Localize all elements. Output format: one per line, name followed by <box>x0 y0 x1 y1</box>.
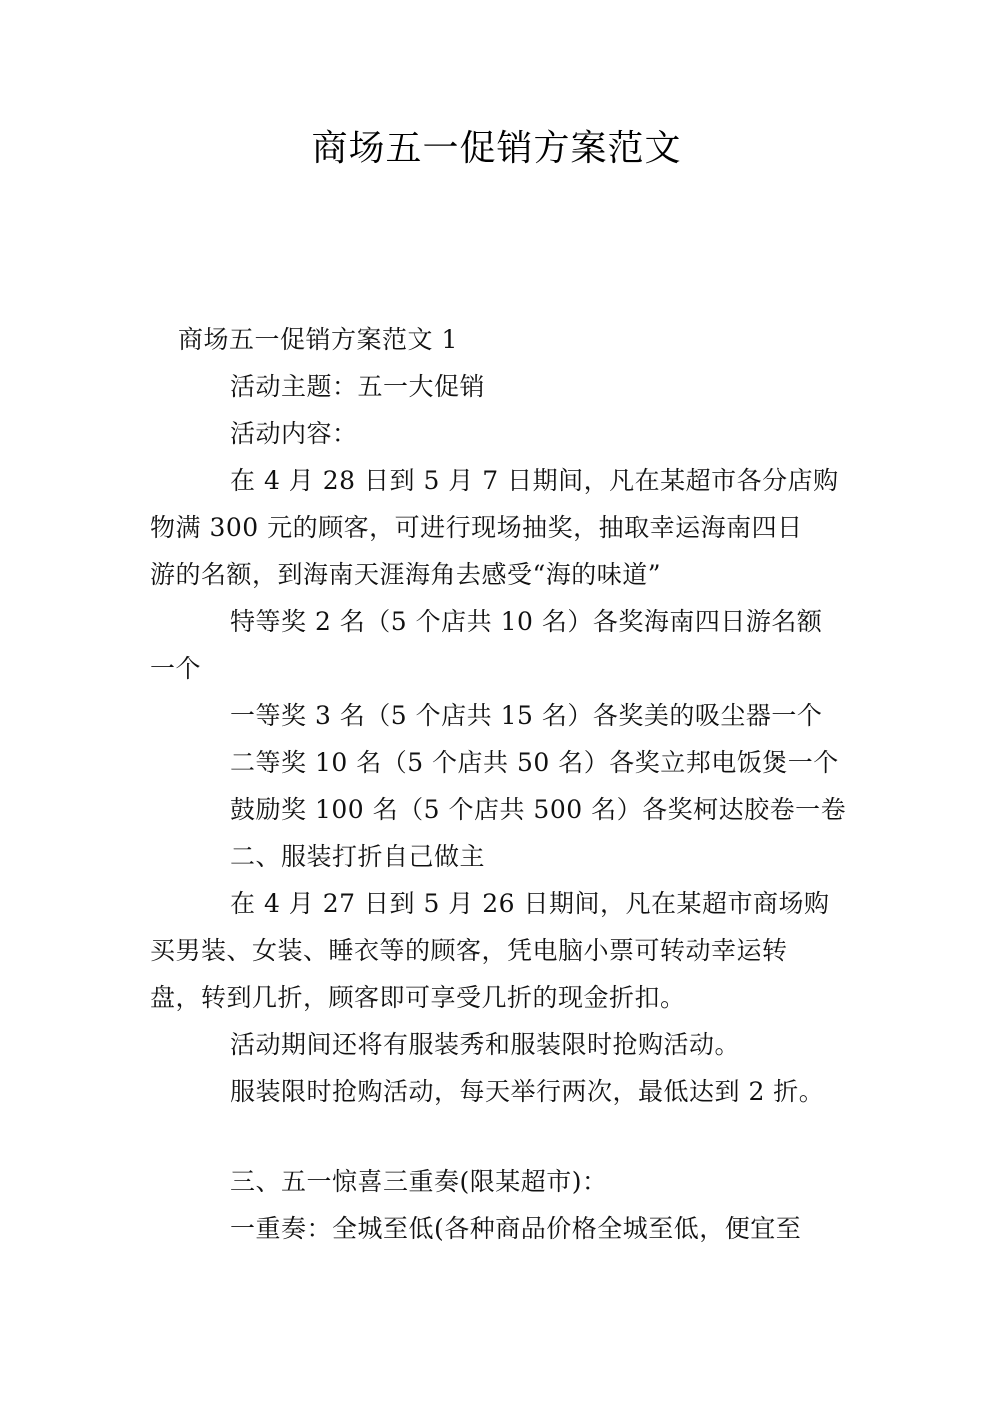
paragraph-line: 活动主题：五一大促销 <box>230 372 485 402</box>
paragraph-line: 一个 <box>150 654 201 684</box>
prize-line-special: 特等奖 2 名（5 个店共 10 名）各奖海南四日游名额 <box>230 607 822 637</box>
paragraph-line: 盘，转到几折，顾客即可享受几折的现金折扣。 <box>150 983 686 1013</box>
paragraph-line: 在 4 月 27 日到 5 月 26 日期间，凡在某超市商场购 <box>230 889 830 919</box>
section-heading-3: 三、五一惊喜三重奏(限某超市)： <box>230 1167 608 1197</box>
section-heading-2: 二、服装打折自己做主 <box>230 842 485 872</box>
paragraph-line: 买男装、女装、睡衣等的顾客，凭电脑小票可转动幸运转 <box>150 936 788 966</box>
prize-line-first: 一等奖 3 名（5 个店共 15 名）各奖美的吸尘器一个 <box>230 701 822 731</box>
paragraph-line: 游的名额，到海南天涯海角去感受“海的味道” <box>150 560 661 590</box>
paragraph-line: 活动期间还将有服装秀和服装限时抢购活动。 <box>230 1030 740 1060</box>
paragraph-line: 物满 300 元的顾客，可进行现场抽奖，抽取幸运海南四日 <box>150 513 803 543</box>
paragraph-line: 服装限时抢购活动，每天举行两次，最低达到 2 折。 <box>230 1077 824 1107</box>
paragraph-line: 在 4 月 28 日到 5 月 7 日期间，凡在某超市各分店购 <box>230 466 839 496</box>
document-title: 商场五一促销方案范文 <box>0 120 993 171</box>
section-heading-1: 商场五一促销方案范文 1 <box>178 325 458 355</box>
prize-line-second: 二等奖 10 名（5 个店共 50 名）各奖立邦电饭煲一个 <box>230 748 839 778</box>
prize-line-encouragement: 鼓励奖 100 名（5 个店共 500 名）各奖柯达胶卷一卷 <box>230 795 846 825</box>
paragraph-line: 一重奏：全城至低(各种商品价格全城至低，便宜至 <box>230 1214 801 1244</box>
paragraph-line: 活动内容： <box>230 419 358 449</box>
